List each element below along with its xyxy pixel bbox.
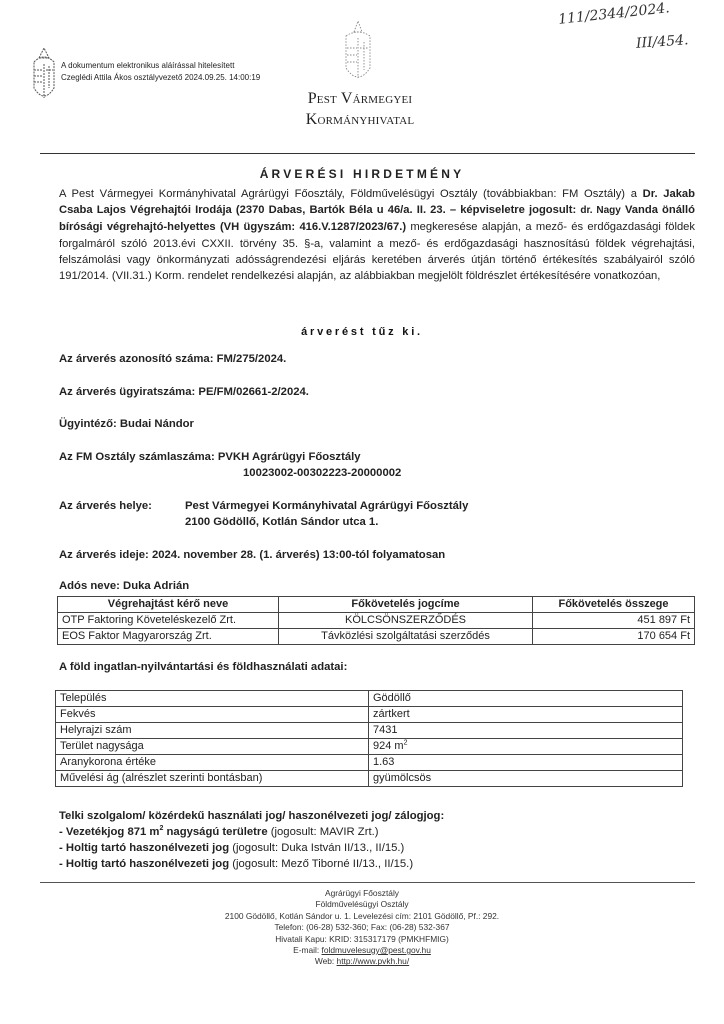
- table-cell: 451 897 Ft: [533, 613, 695, 629]
- table-cell: 1.63: [369, 755, 683, 771]
- rights-item: - Vezetékjog 871 m2 nagyságú területre (…: [59, 824, 444, 840]
- table-cell: gyümölcsös: [369, 771, 683, 787]
- web-label: Web:: [315, 956, 337, 966]
- debtor-field: Adós neve: Duka Adrián: [59, 580, 189, 592]
- document-title: ÁRVERÉSI HIRDETMÉNY: [0, 167, 724, 181]
- office-name: Pest Vármegyei Kormányhivatal: [280, 88, 440, 130]
- officer-field: Ügyintéző: Budai Nándor: [59, 418, 194, 430]
- web-link[interactable]: http://www.pvkh.hu/: [337, 956, 410, 966]
- auction-time-value: 2024. november 28. (1. árverés) 13:00-tó…: [152, 549, 445, 561]
- footer-line: Telefon: (06-28) 532-360; Fax: (06-28) 5…: [0, 922, 724, 933]
- table-cell: Aranykorona értéke: [56, 755, 369, 771]
- debtor-label: Adós neve:: [59, 580, 123, 592]
- e-signature-note: A dokumentum elektronikus aláírással hit…: [61, 60, 260, 84]
- rights-item-title: Holtig tartó haszonélvezeti jog: [66, 858, 229, 870]
- auction-id-field: Az árverés azonosító száma: FM/275/2024.: [59, 353, 286, 365]
- auction-time-field: Az árverés ideje: 2024. november 28. (1.…: [59, 549, 445, 561]
- footer: Agrárügyi Főosztály Földművelésügyi Oszt…: [0, 888, 724, 968]
- footer-line: Földművelésügyi Osztály: [0, 899, 724, 910]
- account-field: Az FM Osztály számlaszáma: PVKH Agrárügy…: [59, 451, 361, 463]
- coat-of-arms-icon: [29, 44, 59, 106]
- footer-line: Hivatali Kapu: KRID: 315317179 (PMKHFMIG…: [0, 934, 724, 945]
- list-bullet: -: [59, 842, 66, 854]
- footer-divider: [40, 882, 695, 883]
- table-row: OTP Faktoring Követeléskezelő Zrt. KÖLCS…: [58, 613, 695, 629]
- footer-line: 2100 Gödöllő, Kotlán Sándor u. 1. Levele…: [0, 911, 724, 922]
- intro-small-1: dr. Nagy: [580, 205, 620, 216]
- email-link[interactable]: foldmuvelesugy@pest.gov.hu: [322, 945, 431, 955]
- list-bullet: -: [59, 826, 66, 838]
- handwritten-reference-2: III/454.: [636, 32, 689, 52]
- land-data-table: Település Gödöllő Fekvés zártkert Helyra…: [55, 690, 683, 787]
- announcement-line: árverést tűz ki.: [0, 326, 724, 338]
- table-row: Helyrajzi szám 7431: [56, 723, 683, 739]
- rights-item-detail: (jogosult: Duka István II/13., II/15.): [229, 842, 404, 854]
- rights-item-title: Holtig tartó haszonélvezeti jog: [66, 842, 229, 854]
- column-header: Végrehajtást kérő neve: [58, 597, 279, 613]
- area-value: 924 m: [373, 740, 404, 752]
- officer-label: Ügyintéző:: [59, 418, 120, 430]
- signature-line-2: Czeglédi Attila Ákos osztályvezető 2024.…: [61, 72, 260, 84]
- account-name: PVKH Agrárügyi Főosztály: [218, 451, 361, 463]
- auction-place-line-2: 2100 Gödöllő, Kotlán Sándor utca 1.: [185, 516, 378, 528]
- office-name-line-1: Pest Vármegyei: [280, 88, 440, 109]
- column-header: Főkövetelés jogcíme: [279, 597, 533, 613]
- land-data-heading: A föld ingatlan-nyilvántartási és földha…: [59, 661, 347, 673]
- table-cell: 924 m2: [369, 739, 683, 755]
- auction-id-value: FM/275/2024.: [217, 353, 287, 365]
- account-label: Az FM Osztály számlaszáma:: [59, 451, 218, 463]
- table-row: Terület nagysága 924 m2: [56, 739, 683, 755]
- intro-paragraph: A Pest Vármegyei Kormányhivatal Agrárügy…: [59, 186, 695, 284]
- footer-line: Agrárügyi Főosztály: [0, 888, 724, 899]
- intro-text-1: A Pest Vármegyei Kormányhivatal Agrárügy…: [59, 188, 643, 200]
- auction-place-label: Az árverés helye:: [59, 500, 152, 512]
- case-number-field: Az árverés ügyiratszáma: PE/FM/02661-2/2…: [59, 386, 309, 398]
- case-number-label: Az árverés ügyiratszáma:: [59, 386, 198, 398]
- rights-item-title: Vezetékjog 871 m: [66, 826, 160, 838]
- rights-heading: Telki szolgalom/ közérdekű használati jo…: [59, 808, 444, 824]
- table-cell: Távközlési szolgáltatási szerződés: [279, 629, 533, 645]
- table-cell: Település: [56, 691, 369, 707]
- auction-id-label: Az árverés azonosító száma:: [59, 353, 217, 365]
- account-number: 10023002-00302223-20000002: [243, 467, 401, 479]
- claims-table: Végrehajtást kérő neve Főkövetelés jogcí…: [57, 596, 695, 645]
- handwritten-reference-1: 111/2344/2024.: [557, 0, 670, 28]
- table-row: Művelési ág (alrészlet szerinti bontásba…: [56, 771, 683, 787]
- table-cell: Helyrajzi szám: [56, 723, 369, 739]
- rights-section: Telki szolgalom/ közérdekű használati jo…: [59, 808, 444, 872]
- footer-web-line: Web: http://www.pvkh.hu/: [0, 956, 724, 967]
- email-label: E-mail:: [293, 945, 321, 955]
- list-bullet: -: [59, 858, 66, 870]
- auction-place-line-1: Pest Vármegyei Kormányhivatal Agrárügyi …: [185, 500, 468, 512]
- rights-item: - Holtig tartó haszonélvezeti jog (jogos…: [59, 856, 444, 872]
- column-header: Főkövetelés összege: [533, 597, 695, 613]
- auction-time-label: Az árverés ideje:: [59, 549, 152, 561]
- rights-item-detail: (jogosult: Mező Tiborné II/13., II/15.): [229, 858, 413, 870]
- table-cell: Fekvés: [56, 707, 369, 723]
- rights-item: - Holtig tartó haszonélvezeti jog (jogos…: [59, 840, 444, 856]
- table-row: EOS Faktor Magyarország Zrt. Távközlési …: [58, 629, 695, 645]
- table-cell: Gödöllő: [369, 691, 683, 707]
- coat-of-arms-icon: [343, 18, 373, 88]
- area-superscript: 2: [404, 739, 408, 746]
- rights-item-title-cont: nagyságú területre: [163, 826, 267, 838]
- case-number-value: PE/FM/02661-2/2024.: [198, 386, 309, 398]
- table-cell: EOS Faktor Magyarország Zrt.: [58, 629, 279, 645]
- table-cell: 7431: [369, 723, 683, 739]
- table-row: Aranykorona értéke 1.63: [56, 755, 683, 771]
- table-cell: OTP Faktoring Követeléskezelő Zrt.: [58, 613, 279, 629]
- table-cell: 170 654 Ft: [533, 629, 695, 645]
- table-cell: zártkert: [369, 707, 683, 723]
- signature-line-1: A dokumentum elektronikus aláírással hit…: [61, 60, 260, 72]
- table-row: Település Gödöllő: [56, 691, 683, 707]
- table-row: Fekvés zártkert: [56, 707, 683, 723]
- table-cell: Terület nagysága: [56, 739, 369, 755]
- header-divider: [40, 153, 695, 154]
- rights-item-detail: (jogosult: MAVIR Zrt.): [268, 826, 379, 838]
- office-name-line-2: Kormányhivatal: [280, 109, 440, 130]
- table-cell: Művelési ág (alrészlet szerinti bontásba…: [56, 771, 369, 787]
- footer-email-line: E-mail: foldmuvelesugy@pest.gov.hu: [0, 945, 724, 956]
- debtor-value: Duka Adrián: [123, 580, 189, 592]
- table-cell: KÖLCSÖNSZERZŐDÉS: [279, 613, 533, 629]
- claims-table-header: Végrehajtást kérő neve Főkövetelés jogcí…: [58, 597, 695, 613]
- officer-value: Budai Nándor: [120, 418, 194, 430]
